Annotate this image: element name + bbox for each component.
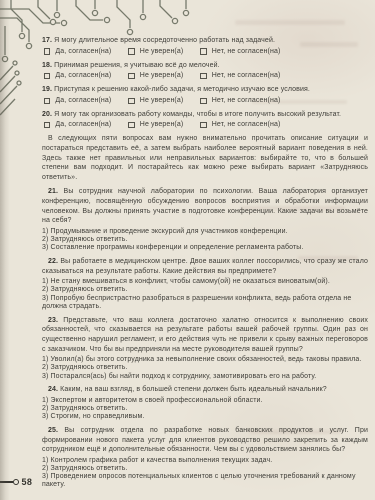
question-text: Вы сотрудник отдела по разработке новых …	[42, 427, 368, 453]
question-22: 22. Вы работаете в медицинском центре. Д…	[42, 257, 368, 311]
option-2: 2) Затрудняюсь ответить.	[42, 236, 368, 244]
question-18-answers: Да, согласен(на) Не уверен(а) Нет, не со…	[44, 71, 368, 81]
section-intro-paragraph: В следующих пяти вопросах вам нужно вним…	[42, 134, 368, 183]
answer-label: Нет, не согласен(на)	[212, 71, 281, 81]
question-23: 23. Представьте, что ваш коллега достато…	[42, 316, 368, 381]
question-24-text: 24. Каким, на ваш взгляд, в большей степ…	[42, 385, 368, 395]
question-22-options: 1) Не стану вмешиваться в конфликт, чтоб…	[42, 278, 368, 311]
answer-label: Не уверен(а)	[140, 96, 184, 106]
question-20-answers: Да, согласен(на) Не уверен(а) Нет, не со…	[44, 120, 368, 130]
answer-label: Нет, не согласен(на)	[212, 47, 281, 57]
question-text: Я могу длительное время сосредоточенно р…	[54, 37, 275, 44]
option-3: 3) Постарался(ась) бы найти подход к сот…	[42, 373, 368, 381]
answer-label: Не уверен(а)	[140, 71, 184, 81]
answer-label: Да, согласен(на)	[55, 96, 111, 106]
answer-option-no: Нет, не согласен(на)	[200, 71, 280, 81]
answer-option-yes: Да, согласен(на)	[44, 96, 111, 106]
answer-label: Не уверен(а)	[140, 120, 184, 130]
answer-label: Да, согласен(на)	[55, 120, 111, 130]
question-25: 25. Вы сотрудник отдела по разработке но…	[42, 426, 368, 490]
answer-option-no: Нет, не согласен(на)	[200, 96, 280, 106]
answer-label: Нет, не согласен(на)	[212, 120, 281, 130]
checkbox-icon[interactable]	[44, 122, 50, 128]
question-text: Приступая к решению какой-либо задачи, я…	[54, 86, 310, 93]
question-20: 20. Я могу так организовать работу коман…	[42, 110, 368, 130]
question-text: Вы сотрудник научной лаборатории по псих…	[42, 188, 368, 224]
question-text: Представьте, что ваш коллега достаточно …	[42, 317, 368, 353]
question-number: 21.	[48, 188, 58, 195]
question-17: 17. Я могу длительное время сосредоточен…	[42, 36, 368, 56]
question-number: 25.	[48, 427, 58, 434]
question-text: Я могу так организовать работу команды, …	[54, 111, 341, 118]
question-18-line: 18. Принимая решения, я учитываю всё до …	[42, 61, 368, 71]
question-text: Каким, на ваш взгляд, в большей степени …	[60, 386, 327, 393]
question-25-options: 1) Контролем графика работ и качества вы…	[42, 457, 368, 490]
checkbox-icon[interactable]	[44, 73, 50, 79]
answer-option-unsure: Не уверен(а)	[128, 120, 183, 130]
question-number: 18.	[42, 62, 52, 69]
checkbox-icon[interactable]	[200, 73, 206, 79]
checkbox-icon[interactable]	[128, 98, 134, 104]
option-2: 2) Затрудняюсь ответить.	[42, 286, 368, 294]
answer-option-yes: Да, согласен(на)	[44, 47, 111, 57]
question-17-line: 17. Я могу длительное время сосредоточен…	[42, 36, 368, 46]
checkbox-icon[interactable]	[128, 73, 134, 79]
question-19-line: 19. Приступая к решению какой-либо задач…	[42, 85, 368, 95]
question-18: 18. Принимая решения, я учитываю всё до …	[42, 61, 368, 81]
checkbox-icon[interactable]	[44, 98, 50, 104]
question-24: 24. Каким, на ваш взгляд, в большей степ…	[42, 385, 368, 421]
question-21-options: 1) Продумывание и проведение экскурсий д…	[42, 228, 368, 253]
answer-option-yes: Да, согласен(на)	[44, 71, 111, 81]
answer-option-unsure: Не уверен(а)	[128, 96, 183, 106]
question-number: 22.	[48, 258, 58, 265]
page-number-trace-line	[0, 481, 13, 483]
question-text: Принимая решения, я учитываю всё до мело…	[54, 62, 220, 69]
checkbox-icon[interactable]	[128, 48, 134, 54]
question-25-text: 25. Вы сотрудник отдела по разработке но…	[42, 426, 368, 455]
option-1: 1) Экспертом и авторитетом в своей профе…	[42, 397, 368, 405]
question-23-options: 1) Уволил(а) бы этого сотрудника за невы…	[42, 356, 368, 381]
option-3: 3) Проведением опросов потенциальных кли…	[42, 473, 368, 490]
answer-option-unsure: Не уверен(а)	[128, 71, 183, 81]
answer-option-yes: Да, согласен(на)	[44, 120, 111, 130]
question-text: Вы работаете в медицинском центре. Двое …	[42, 258, 368, 275]
question-19: 19. Приступая к решению какой-либо задач…	[42, 85, 368, 105]
option-3: 3) Строгим, но справедливым.	[42, 413, 368, 421]
option-1: 1) Контролем графика работ и качества вы…	[42, 457, 368, 465]
answer-option-no: Нет, не согласен(на)	[200, 47, 280, 57]
checkbox-icon[interactable]	[200, 122, 206, 128]
question-number: 19.	[42, 86, 52, 93]
checkbox-icon[interactable]	[200, 48, 206, 54]
question-number: 23.	[48, 317, 58, 324]
scanned-questionnaire-page: 17. Я могу длительное время сосредоточен…	[0, 0, 375, 500]
question-21: 21. Вы сотрудник научной лаборатории по …	[42, 187, 368, 252]
questionnaire-content: 17. Я могу длительное время сосредоточен…	[42, 36, 368, 494]
question-number: 20.	[42, 111, 52, 118]
checkbox-icon[interactable]	[200, 98, 206, 104]
option-2: 2) Затрудняюсь ответить.	[42, 465, 368, 473]
option-1: 1) Не стану вмешиваться в конфликт, чтоб…	[42, 278, 368, 286]
checkbox-icon[interactable]	[44, 48, 50, 54]
page-number-value: 58	[22, 477, 33, 487]
question-17-answers: Да, согласен(на) Не уверен(а) Нет, не со…	[44, 47, 368, 57]
question-22-text: 22. Вы работаете в медицинском центре. Д…	[42, 257, 368, 276]
checkbox-icon[interactable]	[128, 122, 134, 128]
question-24-options: 1) Экспертом и авторитетом в своей профе…	[42, 397, 368, 422]
question-20-line: 20. Я могу так организовать работу коман…	[42, 110, 368, 120]
option-2: 2) Затрудняюсь ответить.	[42, 405, 368, 413]
option-2: 2) Затрудняюсь ответить.	[42, 364, 368, 372]
option-1: 1) Продумывание и проведение экскурсий д…	[42, 228, 368, 236]
answer-label: Да, согласен(на)	[55, 71, 111, 81]
page-number: 58	[0, 477, 32, 487]
question-number: 24.	[48, 386, 58, 393]
answer-label: Да, согласен(на)	[55, 47, 111, 57]
page-number-circle-icon	[13, 479, 19, 485]
option-3: 3) Составление программы конференции и о…	[42, 244, 368, 252]
option-1: 1) Уволил(а) бы этого сотрудника за невы…	[42, 356, 368, 364]
answer-option-no: Нет, не согласен(на)	[200, 120, 280, 130]
question-23-text: 23. Представьте, что ваш коллега достато…	[42, 316, 368, 355]
question-21-text: 21. Вы сотрудник научной лаборатории по …	[42, 187, 368, 226]
question-number: 17.	[42, 37, 52, 44]
option-3: 3) Попробую беспристрастно разобраться в…	[42, 295, 368, 312]
answer-label: Нет, не согласен(на)	[212, 96, 281, 106]
answer-label: Не уверен(а)	[140, 47, 184, 57]
answer-option-unsure: Не уверен(а)	[128, 47, 183, 57]
question-19-answers: Да, согласен(на) Не уверен(а) Нет, не со…	[44, 96, 368, 106]
